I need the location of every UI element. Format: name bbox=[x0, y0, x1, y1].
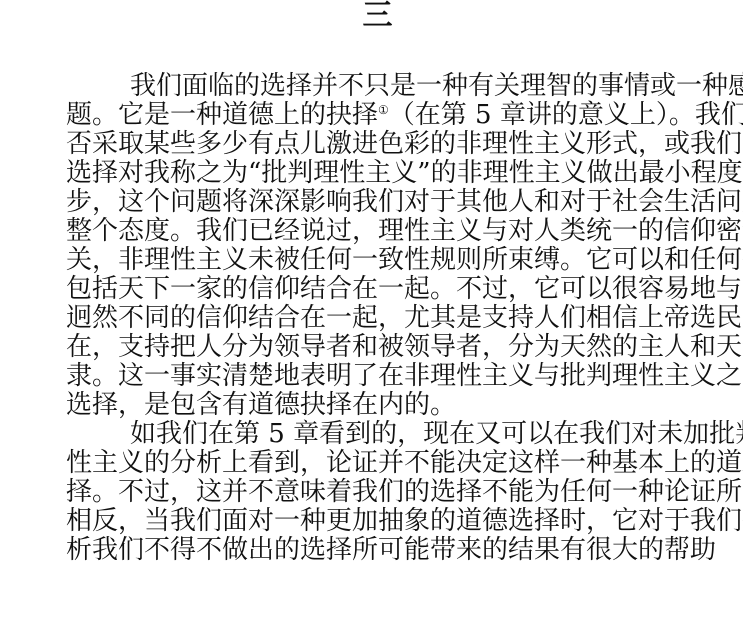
body-text: 我们面临的选择并不只是一种有关理智的事情或一种感受问 题。它是一种道德上的抉择①… bbox=[66, 72, 686, 565]
text-line: 选择对我称之为“批判理性主义”的非理性主义做出最小程度的让 bbox=[66, 159, 686, 188]
text-line: 选择，是包含有道德抉择在内的。 bbox=[66, 391, 686, 420]
text-line: 包括天下一家的信仰结合在一起。不过，它可以很容易地与一种 bbox=[66, 275, 686, 304]
text-segment: 题。它是一种道德上的抉择 bbox=[66, 100, 378, 130]
text-line: 步，这个问题将深深影响我们对于其他人和对于社会生活问题的 bbox=[66, 188, 686, 217]
text-segment: （在第 5 章讲的意义上）。我们是 bbox=[389, 100, 743, 130]
text-line: 析我们不得不做出的选择所可能带来的结果有很大的帮助 因为 bbox=[66, 536, 686, 565]
text-line: 否采取某些多少有点儿激进色彩的非理性主义形式，或我们是否 bbox=[66, 130, 686, 159]
text-line: 相反，当我们面对一种更加抽象的道德选择时，它对于我们仔细分 bbox=[66, 507, 686, 536]
paragraph-2: 如我们在第 5 章看到的，现在又可以在我们对未加批判的理 性主义的分析上看到，论… bbox=[66, 420, 686, 565]
text-line: 整个态度。我们已经说过，理性主义与对人类统一的信仰密切相 bbox=[66, 217, 686, 246]
text-line: 性主义的分析上看到，论证并不能决定这样一种基本上的道路抉 bbox=[66, 449, 686, 478]
text-line: 择。不过，这并不意味着我们的选择不能为任何一种论证所帮助， bbox=[66, 478, 686, 507]
text-line: 关，非理性主义未被任何一致性规则所束缚。它可以和任何信仰 bbox=[66, 246, 686, 275]
text-line: 题。它是一种道德上的抉择①（在第 5 章讲的意义上）。我们是 bbox=[66, 101, 686, 130]
footnote-marker[interactable]: ① bbox=[378, 103, 389, 117]
text-line: 我们面临的选择并不只是一种有关理智的事情或一种感受问 bbox=[66, 72, 686, 101]
text-line: 迥然不同的信仰结合在一起，尤其是支持人们相信上帝选民的存 bbox=[66, 304, 686, 333]
section-heading: 三 bbox=[0, 0, 743, 32]
text-line: 在，支持把人分为领导者和被领导者，分为天然的主人和天然的奴 bbox=[66, 333, 686, 362]
document-page: 三 我们面临的选择并不只是一种有关理智的事情或一种感受问 题。它是一种道德上的抉… bbox=[0, 0, 743, 633]
text-line: 隶。这一事实清楚地表明了在非理性主义与批判理性主义之间的 bbox=[66, 362, 686, 391]
text-line: 如我们在第 5 章看到的，现在又可以在我们对未加批判的理 bbox=[66, 420, 686, 449]
paragraph-1: 我们面临的选择并不只是一种有关理智的事情或一种感受问 题。它是一种道德上的抉择①… bbox=[66, 72, 686, 420]
